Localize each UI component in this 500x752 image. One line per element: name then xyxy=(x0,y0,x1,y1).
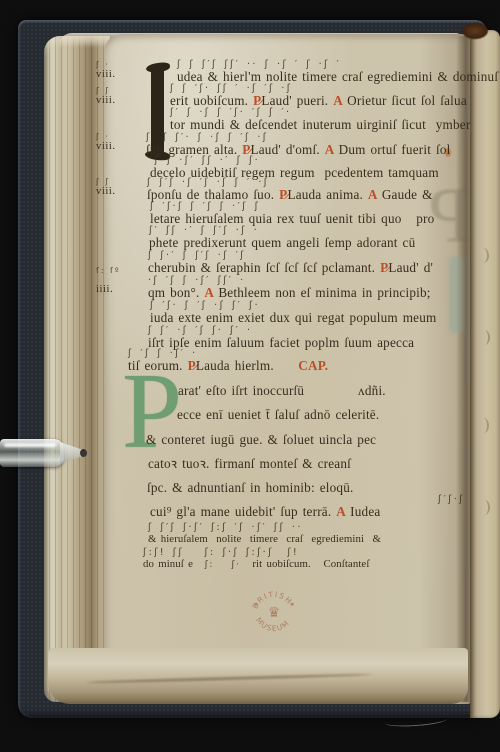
margin-numeral: ʃ ·viii. xyxy=(96,132,140,152)
manuscript-text: & conteret iugū gue. & ſoluet uincla pec xyxy=(146,432,376,447)
manuscript-text: catoꝛ tuoꝛ. firmanſ monteſ & creanſ xyxy=(148,456,351,471)
stamp-star-left: ✱ xyxy=(254,602,258,608)
manuscript-text: Bethleem non eſ minima in principib; xyxy=(218,285,430,300)
neume-notation: ʃ:ʃ! ʃʃ ʃ: ʃ·ʃ ʃ:ʃ·ʃ ʃ! xyxy=(143,548,299,557)
margin-numeral: ſ: ſº xyxy=(96,266,140,276)
manuscript-text: ʌ xyxy=(304,383,365,398)
manuscript-line: ʃ:ʃ! ʃʃ ʃ: ʃ·ʃ ʃ:ʃ·ʃ ʃ!do minuſ e ʃ: ʃ· … xyxy=(143,556,369,574)
manuscript-text: cherubin & ſeraphin ſcſ ſcſ ſcſ pclamant… xyxy=(148,260,380,275)
neume-notation: ʃ ′ʃ·ʃ ʃ ′ʃ ʃ ·′ʃ ʃ xyxy=(150,202,260,211)
manuscript-text: tor mundi & deſcendet inuterum uirginiſ … xyxy=(170,117,470,132)
manuscript-text: Laud' d' xyxy=(388,260,433,275)
manuscript-line: ʃ′ʃ·ʃcui⁹ gl'a mane uidebit' ſup terrā. … xyxy=(150,503,380,521)
rubric-text: A xyxy=(204,285,218,300)
manuscript-text: arat' eſto iſrt inoccurſū xyxy=(178,383,304,398)
manuscript-text: Orietur ſicut ſol ſalua xyxy=(347,93,467,108)
neume-notation: ′ʃ ʃ ·ʃ′ ʃʃ ·′ ʃ ʃ· xyxy=(150,156,260,165)
manuscript-line: catoꝛ tuoꝛ. firmanſ monteſ & creanſ xyxy=(148,455,351,473)
rubric-text: A xyxy=(325,142,339,157)
neume-notation: ʃ ʃ ′ʃ· ʃʃ ′ ·ʃ ′ʃ ·ʃ xyxy=(170,84,292,93)
manuscript-text: cui⁹ gl'a mane uidebit' ſup terrā. xyxy=(150,504,336,519)
neume-notation: ʃ′ ʃ ·ʃ ʃ ′ʃ· ′ʃ ʃ ′· xyxy=(170,108,291,117)
margin-numeral: iiii. xyxy=(96,285,140,295)
neume-notation: ʃ ′ʃ· ʃ ′ʃ ·ʃ ʃ′ ʃ· xyxy=(150,301,260,310)
manuscript-line: arat' eſto iſrt inoccurſū ʌdñi. xyxy=(178,382,386,400)
manuscript-text: & hieruſalem nolite timere craſ egrediem… xyxy=(148,533,381,545)
neume-notation: ·ʃ ′ʃ ʃ ·ʃ′ ʃʃ′ · xyxy=(148,276,246,285)
manuscript-text: ecce enī ueniet t̄ ſaluſ adnō celeritē. xyxy=(177,407,379,422)
manuscript-text: tiſ eorum. xyxy=(128,358,188,373)
manuscript-text: Conſtanteſ xyxy=(323,558,369,570)
margin-numeral: ʃ ·viii. xyxy=(96,60,140,80)
rubric-text: A xyxy=(333,93,347,108)
neume-notation: ʃ ʃ′ʃ ·ʃ ′ʃ ·ʃ ʃ ′ ·ʃ xyxy=(147,178,269,187)
stamp-star-right: ✱ xyxy=(290,602,294,608)
manuscript-text: Dum ortuſ fuerit ſol xyxy=(339,142,451,157)
margin-numeral: ʃ ʃviii. xyxy=(96,177,140,197)
glass-page-weight[interactable] xyxy=(0,436,88,472)
neume-notation: ʃ′ ʃʃ ·′ ʃ ʃ′ʃ ·ʃ · xyxy=(149,226,259,235)
manuscript-line: & conteret iugū gue. & ſoluet uincla pec xyxy=(146,431,376,449)
photograph-background: { "colors":{ "ink":"#382d1d", "rubric":"… xyxy=(0,0,500,752)
neume-notation: ʃ ʃ·′ ʃ ʃ′ʃ ·ʃ ′ʃ xyxy=(148,251,246,260)
neume-notation: ʃ ′ʃ ʃ ·ʃ′ · xyxy=(128,349,198,358)
manuscript-line: ſpc. & adnuntianſ in hominib: eloqū. xyxy=(147,479,354,497)
manuscript-text: iuda exte enim exiet dux qui regat popul… xyxy=(150,310,436,325)
margin-numeral: ʃ ʃviii. xyxy=(96,86,140,106)
crown-icon: ♛ xyxy=(268,606,281,621)
rubric-text: A xyxy=(336,504,350,519)
manuscript-text: Laud' d'omſ. xyxy=(250,142,324,157)
rubric-text: A xyxy=(368,187,382,202)
manuscript-text: Laud' pueri. xyxy=(261,93,333,108)
manuscript-text: do minuſ e xyxy=(143,558,193,570)
manuscript-text: erit uobiſcum. xyxy=(170,93,253,108)
glass-page-weight-point xyxy=(80,449,87,457)
manuscript-line: ʃ ′ʃ ʃ ·ʃ′ ·tiſ eorum. P̷Lauda hierlm. C… xyxy=(128,357,328,375)
neume-notation: ʃ ʃ ʃ′ʃ ʃʃ′ ·· ʃ ·ʃ ′ ʃ ·ʃ ′ xyxy=(177,60,341,69)
manuscript-text: phete predixerunt quem angeli ſemp adora… xyxy=(149,235,415,250)
manuscript-text: Gaude & xyxy=(382,187,433,202)
manuscript-text: udea & hierl'm nolite timere craſ egredi… xyxy=(177,69,498,84)
neume-notation: ʃ ʃ′ʃ ʃ·ʃ′ ʃ:ʃ ′ʃ ·ʃ′ ʃʃ ·· xyxy=(148,523,303,532)
neume-notation: ʃ ʃ′ ·ʃ ′ʃ ʃ· ʃ′ · xyxy=(148,326,252,335)
neume-notation: ʃ ′ʃ ʃ′· ʃ ·ʃ ʃ ′ʃ ·ʃ xyxy=(146,133,268,142)
manuscript-text: dñi. xyxy=(365,383,386,398)
manuscript-text: ʃ: ʃ· xyxy=(193,560,252,570)
manuscript-text: qm bon°. xyxy=(148,285,204,300)
manuscript-text: ſponſu de thalamo ſuo. xyxy=(147,187,279,202)
british-museum-stamp: BRITISH MUSEUM ♛ ✱ ✱ xyxy=(246,584,302,640)
rubric-text: CAP. xyxy=(298,358,328,373)
manuscript-text: Lauda anima. xyxy=(287,187,367,202)
manuscript-text: Lauda hierlm. xyxy=(196,358,298,373)
manuscript-line: ecce enī ueniet t̄ ſaluſ adnō celeritē. xyxy=(177,406,379,424)
neume-notation: ʃ′ʃ·ʃ xyxy=(438,495,465,504)
manuscript-text: ſpc. & adnuntianſ in hominib: eloqū. xyxy=(147,480,354,495)
manuscript-text: rit uobiſcum. xyxy=(252,558,323,570)
rubric-text: P̷ xyxy=(188,358,196,373)
manuscript-text: Iudea xyxy=(350,504,380,519)
glass-page-weight-body xyxy=(0,439,64,467)
manuscript-text: letare hieruſalem quia rex tuuſ uenit ti… xyxy=(150,211,434,226)
